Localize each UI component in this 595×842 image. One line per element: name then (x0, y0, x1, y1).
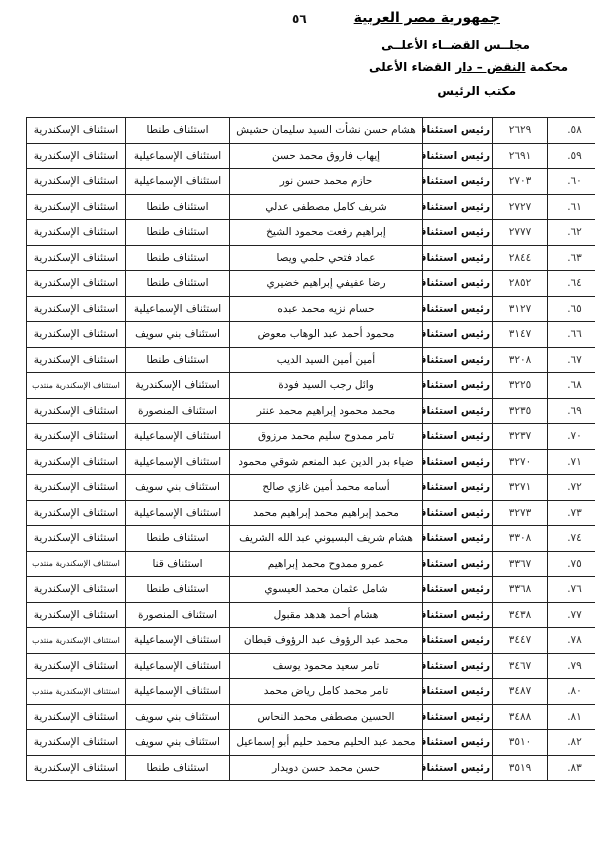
country-heading: جمهورية مصر العربية (400, 10, 500, 26)
judge-title: رئيس استئناف (423, 143, 493, 169)
judge-title: رئيس استئناف (423, 526, 493, 552)
row-index: ٦٢. (548, 220, 595, 246)
judge-number: ٢٧٢٧ (493, 194, 548, 220)
court-to: استئناف الإسكندرية (27, 194, 126, 220)
court-to: استئناف الإسكندرية (27, 449, 126, 475)
judges-table-body: ٥٨.٢٦٢٩رئيس استئنافهشام حسن نشأت السيد س… (27, 118, 595, 781)
judge-number: ٣٢٠٨ (493, 347, 548, 373)
court-from: استئناف المنصورة (126, 602, 230, 628)
row-index: ٦٥. (548, 296, 595, 322)
table-row: ٧٠.٣٢٣٧رئيس استئنافتامر ممدوح سليم محمد … (27, 424, 595, 450)
court-to: استئناف الإسكندرية منتدب (27, 373, 126, 399)
judge-name: شريف كامل مصطفى عدلي (230, 194, 423, 220)
row-index: ٦١. (548, 194, 595, 220)
table-row: ٧٤.٣٣٠٨رئيس استئنافهشام شريف البسيوني عب… (27, 526, 595, 552)
judge-name: هشام أحمد هدهد مقبول (230, 602, 423, 628)
judge-name: عمرو ممدوح محمد إبراهيم (230, 551, 423, 577)
row-index: ٨١. (548, 704, 595, 730)
court-to: استئناف الإسكندرية (27, 653, 126, 679)
table-row: ٨٠.٣٤٨٧رئيس استئنافتامر محمد كامل رياض م… (27, 679, 595, 705)
judge-number: ٣٤٣٨ (493, 602, 548, 628)
table-row: ٧٢.٣٢٧١رئيس استئنافأسامه محمد أمين غازي … (27, 475, 595, 501)
row-index: ٧٠. (548, 424, 595, 450)
court-from: استئناف طنطا (126, 755, 230, 781)
court-from: استئناف المنصورة (126, 398, 230, 424)
court-from: استئناف طنطا (126, 194, 230, 220)
court-to: استئناف الإسكندرية منتدب (27, 628, 126, 654)
table-row: ٥٩.٢٦٩١رئيس استئنافإيهاب فاروق محمد حسنا… (27, 143, 595, 169)
judge-title: رئيس استئناف (423, 602, 493, 628)
judge-number: ٣٣٦٧ (493, 551, 548, 577)
court-heading-part2: النقض – دار (455, 60, 525, 74)
court-to: استئناف الإسكندرية منتدب (27, 679, 126, 705)
judge-number: ٣٤٨٧ (493, 679, 548, 705)
judge-title: رئيس استئناف (423, 730, 493, 756)
court-from: استئناف بني سويف (126, 704, 230, 730)
judge-number: ٢٨٥٢ (493, 271, 548, 297)
court-to: استئناف الإسكندرية (27, 271, 126, 297)
judge-name: تامر محمد كامل رياض محمد (230, 679, 423, 705)
judge-title: رئيس استئناف (423, 577, 493, 603)
court-from: استئناف طنطا (126, 220, 230, 246)
judge-number: ٣٢٣٧ (493, 424, 548, 450)
row-index: ٨٣. (548, 755, 595, 781)
row-index: ٨٢. (548, 730, 595, 756)
row-index: ٦٦. (548, 322, 595, 348)
judge-title: رئيس استئناف (423, 118, 493, 144)
row-index: ٧٨. (548, 628, 595, 654)
court-from: استئناف طنطا (126, 271, 230, 297)
judge-title: رئيس استئناف (423, 245, 493, 271)
row-index: ٧٩. (548, 653, 595, 679)
row-index: ٧٦. (548, 577, 595, 603)
table-row: ٦١.٢٧٢٧رئيس استئنافشريف كامل مصطفى عدليا… (27, 194, 595, 220)
judge-title: رئيس استئناف (423, 475, 493, 501)
row-index: ٦٩. (548, 398, 595, 424)
court-heading: محكمة النقض – دار القضاء الأعلى (378, 60, 568, 74)
judge-name: محمد عبد الحليم محمد حليم أبو إسماعيل (230, 730, 423, 756)
court-to: استئناف الإسكندرية (27, 526, 126, 552)
judge-name: أسامه محمد أمين غازي صالح (230, 475, 423, 501)
council-heading: مجلــس القضــاء الأعلــى (410, 38, 530, 52)
court-from: استئناف بني سويف (126, 322, 230, 348)
judge-name: تامر ممدوح سليم محمد مرزوق (230, 424, 423, 450)
judge-number: ٣٤٤٧ (493, 628, 548, 654)
judge-title: رئيس استئناف (423, 551, 493, 577)
judge-name: عماد فتحي حلمي ويصا (230, 245, 423, 271)
judge-number: ٣٢٢٥ (493, 373, 548, 399)
court-to: استئناف الإسكندرية (27, 398, 126, 424)
judge-name: محمد محمود إبراهيم محمد عنتر (230, 398, 423, 424)
court-heading-part1: محكمة (525, 60, 568, 74)
judge-name: الحسين مصطفى محمد النحاس (230, 704, 423, 730)
table-row: ٧١.٣٢٧٠رئيس استئنافضياء بدر الدين عبد ال… (27, 449, 595, 475)
row-index: ٧٥. (548, 551, 595, 577)
judge-title: رئيس استئناف (423, 220, 493, 246)
row-index: ٦٨. (548, 373, 595, 399)
court-from: استئناف الإسماعيلية (126, 628, 230, 654)
row-index: ٥٨. (548, 118, 595, 144)
judge-name: حازم محمد حسن نور (230, 169, 423, 195)
judge-name: شامل عثمان محمد العيسوي (230, 577, 423, 603)
court-from: استئناف قنا (126, 551, 230, 577)
judge-number: ٣٤٦٧ (493, 653, 548, 679)
judge-name: أمين أمين السيد الديب (230, 347, 423, 373)
judge-name: ضياء بدر الدين عبد المنعم شوقي محمود (230, 449, 423, 475)
row-index: ٦٤. (548, 271, 595, 297)
court-heading-part3: القضاء الأعلى (369, 60, 455, 74)
judges-table: ٥٨.٢٦٢٩رئيس استئنافهشام حسن نشأت السيد س… (26, 117, 595, 781)
court-from: استئناف الإسماعيلية (126, 296, 230, 322)
judge-number: ٢٨٤٤ (493, 245, 548, 271)
table-row: ٧٣.٣٢٧٣رئيس استئنافمحمد إبراهيم محمد إبر… (27, 500, 595, 526)
judge-number: ٣٢٧١ (493, 475, 548, 501)
court-to: استئناف الإسكندرية (27, 755, 126, 781)
court-from: استئناف الإسماعيلية (126, 143, 230, 169)
table-row: ٦٣.٢٨٤٤رئيس استئنافعماد فتحي حلمي ويصااس… (27, 245, 595, 271)
judge-title: رئيس استئناف (423, 628, 493, 654)
court-to: استئناف الإسكندرية (27, 347, 126, 373)
table-row: ٧٥.٣٣٦٧رئيس استئنافعمرو ممدوح محمد إبراه… (27, 551, 595, 577)
row-index: ٦٧. (548, 347, 595, 373)
court-to: استئناف الإسكندرية (27, 322, 126, 348)
court-to: استئناف الإسكندرية (27, 143, 126, 169)
judge-number: ٣٥١٠ (493, 730, 548, 756)
court-from: استئناف الإسماعيلية (126, 500, 230, 526)
table-row: ٦٨.٣٢٢٥رئيس استئنافوائل رجب السيد فودةاس… (27, 373, 595, 399)
judge-title: رئيس استئناف (423, 755, 493, 781)
judge-number: ٢٦٢٩ (493, 118, 548, 144)
row-index: ٧٧. (548, 602, 595, 628)
judge-title: رئيس استئناف (423, 296, 493, 322)
table-row: ٦٢.٢٧٧٧رئيس استئنافإبراهيم رفعت محمود ال… (27, 220, 595, 246)
office-heading: مكتب الرئيس (446, 84, 516, 98)
court-to: استئناف الإسكندرية (27, 704, 126, 730)
judge-title: رئيس استئناف (423, 398, 493, 424)
table-row: ٨٣.٣٥١٩رئيس استئنافحسن محمد حسن دويداراس… (27, 755, 595, 781)
judge-name: إيهاب فاروق محمد حسن (230, 143, 423, 169)
judge-name: حسام نزيه محمد عبده (230, 296, 423, 322)
court-to: استئناف الإسكندرية (27, 730, 126, 756)
table-row: ٥٨.٢٦٢٩رئيس استئنافهشام حسن نشأت السيد س… (27, 118, 595, 144)
court-from: استئناف طنطا (126, 245, 230, 271)
court-to: استئناف الإسكندرية (27, 475, 126, 501)
table-row: ٨٢.٣٥١٠رئيس استئنافمحمد عبد الحليم محمد … (27, 730, 595, 756)
table-row: ٦٥.٣١٢٧رئيس استئنافحسام نزيه محمد عبدهاس… (27, 296, 595, 322)
judge-number: ٣٢٣٥ (493, 398, 548, 424)
table-row: ٦٤.٢٨٥٢رئيس استئنافرضا عفيفي إبراهيم خضي… (27, 271, 595, 297)
judge-title: رئيس استئناف (423, 449, 493, 475)
court-to: استئناف الإسكندرية (27, 118, 126, 144)
row-index: ٥٩. (548, 143, 595, 169)
judge-number: ٣٢٧٣ (493, 500, 548, 526)
page-number: ٥٦ (292, 12, 307, 26)
judge-name: إبراهيم رفعت محمود الشيخ (230, 220, 423, 246)
court-from: استئناف الإسماعيلية (126, 653, 230, 679)
judge-title: رئيس استئناف (423, 373, 493, 399)
court-to: استئناف الإسكندرية (27, 602, 126, 628)
court-from: استئناف طنطا (126, 118, 230, 144)
judge-title: رئيس استئناف (423, 169, 493, 195)
judge-title: رئيس استئناف (423, 704, 493, 730)
judge-number: ٣٣٠٨ (493, 526, 548, 552)
row-index: ٦٠. (548, 169, 595, 195)
table-row: ٦٦.٣١٤٧رئيس استئنافمحمود أحمد عبد الوهاب… (27, 322, 595, 348)
judge-name: وائل رجب السيد فودة (230, 373, 423, 399)
table-row: ٧٩.٣٤٦٧رئيس استئنافتامر سعيد محمود يوسفا… (27, 653, 595, 679)
judge-number: ٢٧٠٣ (493, 169, 548, 195)
court-from: استئناف الإسماعيلية (126, 679, 230, 705)
judge-name: تامر سعيد محمود يوسف (230, 653, 423, 679)
judge-name: رضا عفيفي إبراهيم خضيري (230, 271, 423, 297)
table-row: ٦٩.٣٢٣٥رئيس استئنافمحمد محمود إبراهيم مح… (27, 398, 595, 424)
judge-name: هشام شريف البسيوني عبد الله الشريف (230, 526, 423, 552)
judge-number: ٣١٢٧ (493, 296, 548, 322)
court-to: استئناف الإسكندرية (27, 169, 126, 195)
judge-title: رئيس استئناف (423, 424, 493, 450)
judge-title: رئيس استئناف (423, 679, 493, 705)
judge-title: رئيس استئناف (423, 271, 493, 297)
court-to: استئناف الإسكندرية منتدب (27, 551, 126, 577)
court-from: استئناف طنطا (126, 347, 230, 373)
judge-number: ٣٢٧٠ (493, 449, 548, 475)
court-from: استئناف الإسماعيلية (126, 449, 230, 475)
table-row: ٨١.٣٤٨٨رئيس استئنافالحسين مصطفى محمد الن… (27, 704, 595, 730)
row-index: ٦٣. (548, 245, 595, 271)
judge-number: ٣٣٦٨ (493, 577, 548, 603)
court-from: استئناف الإسكندرية (126, 373, 230, 399)
judge-number: ٢٦٩١ (493, 143, 548, 169)
court-to: استئناف الإسكندرية (27, 577, 126, 603)
table-row: ٦٧.٣٢٠٨رئيس استئنافأمين أمين السيد الديب… (27, 347, 595, 373)
table-row: ٧٧.٣٤٣٨رئيس استئنافهشام أحمد هدهد مقبولا… (27, 602, 595, 628)
judge-name: محمد عبد الرؤوف عبد الرؤوف قبطان (230, 628, 423, 654)
court-to: استئناف الإسكندرية (27, 500, 126, 526)
row-index: ٧٤. (548, 526, 595, 552)
court-from: استئناف الإسماعيلية (126, 424, 230, 450)
court-from: استئناف بني سويف (126, 475, 230, 501)
country-heading-text: جمهورية مصر العربية (354, 10, 500, 26)
row-index: ٧٢. (548, 475, 595, 501)
court-to: استئناف الإسكندرية (27, 220, 126, 246)
judge-number: ٢٧٧٧ (493, 220, 548, 246)
row-index: ٧١. (548, 449, 595, 475)
judge-name: حسن محمد حسن دويدار (230, 755, 423, 781)
judge-number: ٣٤٨٨ (493, 704, 548, 730)
judge-number: ٣٥١٩ (493, 755, 548, 781)
judge-title: رئيس استئناف (423, 322, 493, 348)
judge-name: هشام حسن نشأت السيد سليمان حشيش (230, 118, 423, 144)
judge-name: محمد إبراهيم محمد إبراهيم محمد (230, 500, 423, 526)
court-to: استئناف الإسكندرية (27, 424, 126, 450)
court-to: استئناف الإسكندرية (27, 245, 126, 271)
court-from: استئناف بني سويف (126, 730, 230, 756)
court-from: استئناف طنطا (126, 577, 230, 603)
row-index: ٨٠. (548, 679, 595, 705)
table-row: ٧٨.٣٤٤٧رئيس استئنافمحمد عبد الرؤوف عبد ا… (27, 628, 595, 654)
judge-title: رئيس استئناف (423, 500, 493, 526)
row-index: ٧٣. (548, 500, 595, 526)
court-to: استئناف الإسكندرية (27, 296, 126, 322)
table-row: ٧٦.٣٣٦٨رئيس استئنافشامل عثمان محمد العيس… (27, 577, 595, 603)
court-from: استئناف الإسماعيلية (126, 169, 230, 195)
judge-title: رئيس استئناف (423, 194, 493, 220)
table-row: ٦٠.٢٧٠٣رئيس استئنافحازم محمد حسن نوراستئ… (27, 169, 595, 195)
judge-title: رئيس استئناف (423, 347, 493, 373)
judge-name: محمود أحمد عبد الوهاب معوض (230, 322, 423, 348)
judge-number: ٣١٤٧ (493, 322, 548, 348)
judge-title: رئيس استئناف (423, 653, 493, 679)
court-from: استئناف طنطا (126, 526, 230, 552)
